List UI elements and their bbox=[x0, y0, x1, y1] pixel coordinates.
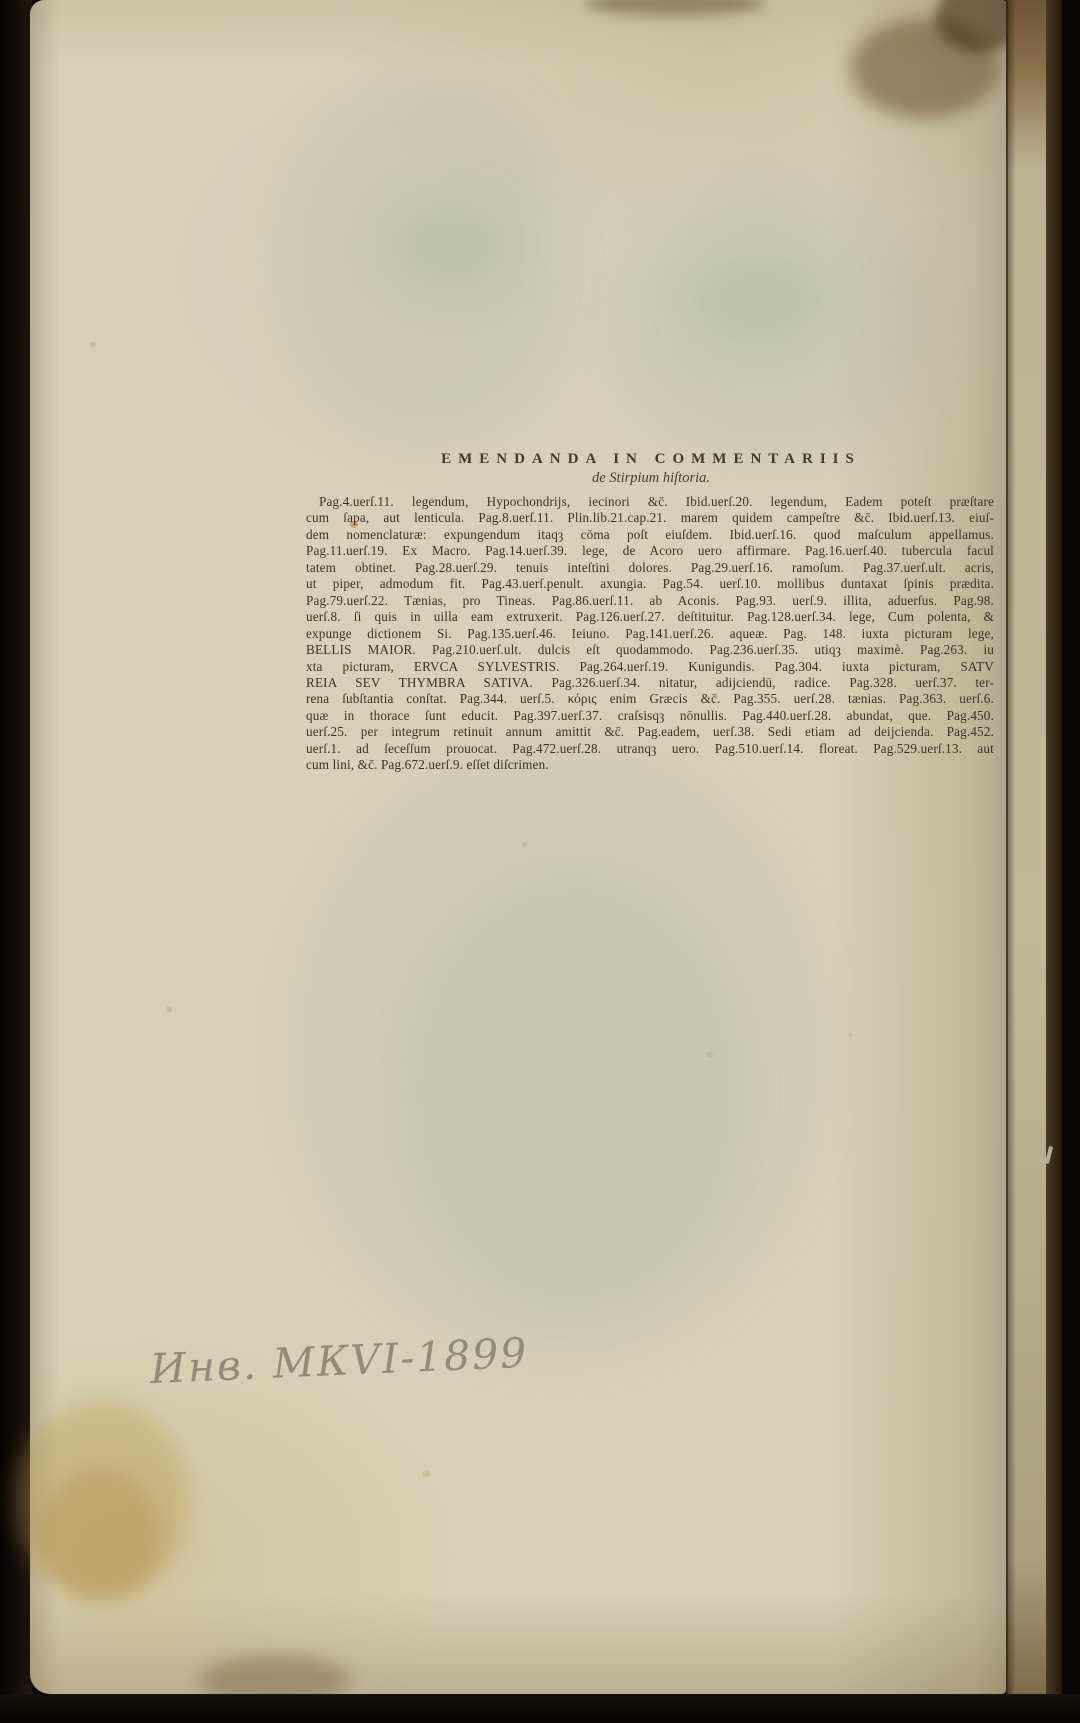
fore-edge-shadow bbox=[1046, 0, 1062, 1694]
errata-line: Pag.11.uerſ.19. Ex Macro. Pag.14.uerſ.39… bbox=[306, 543, 994, 559]
stain bbox=[706, 1052, 713, 1058]
inventory-mark: Инв. МКVI-1899 bbox=[149, 1327, 571, 1393]
stain bbox=[585, 0, 765, 16]
page: EMENDANDA IN COMMENTARIIS de Stirpium hi… bbox=[30, 0, 1006, 1694]
fore-edge-pages bbox=[1006, 0, 1046, 1694]
errata-line: tatem obtinet. Pag.28.uerſ.29. tenuis in… bbox=[306, 560, 994, 576]
errata-line: dem nomenclaturæ: expungendum itaqȝ cōma… bbox=[306, 527, 994, 543]
errata-line: xta picturam, ERVCA SYLVESTRIS. Pag.264.… bbox=[306, 659, 994, 675]
showthrough-ghost bbox=[410, 880, 740, 1310]
stain bbox=[522, 842, 527, 847]
stain bbox=[848, 1032, 853, 1037]
errata-line: expunge dictionem Si. Pag.135.uerſ.46. I… bbox=[306, 626, 994, 642]
errata-paragraph: Pag.4.uerſ.11. legendum, Hypochondrijs, … bbox=[306, 494, 994, 774]
showthrough-ghost bbox=[390, 200, 510, 290]
right-dark-edge bbox=[1062, 0, 1080, 1723]
errata-line: quæ in thorace ſunt educit. Pag.397.uerſ… bbox=[306, 708, 994, 724]
stain bbox=[90, 342, 96, 347]
page-title: EMENDANDA IN COMMENTARIIS bbox=[307, 451, 995, 468]
bottom-dark-edge bbox=[0, 1694, 1080, 1723]
errata-line: uerſ.25. per integrum retinuit annum ami… bbox=[306, 724, 994, 740]
errata-line: ut piper, admodum fit. Pag.43.uerſ.penul… bbox=[306, 576, 994, 592]
stain bbox=[166, 1006, 172, 1012]
errata-line: Pag.4.uerſ.11. legendum, Hypochondrijs, … bbox=[306, 494, 994, 510]
page-subtitle: de Stirpium hiſtoria. bbox=[307, 470, 995, 487]
errata-line: REIA SEV THYMBRA SATIVA. Pag.326.uerſ.34… bbox=[306, 675, 994, 691]
errata-line: BELLIS MAIOR. Pag.210.uerſ.ult. dulcis e… bbox=[306, 642, 994, 658]
showthrough-ghost bbox=[690, 250, 830, 350]
stain bbox=[422, 1470, 431, 1477]
errata-line: cum ſapa, aut lenticula. Pag.8.uerſ.11. … bbox=[306, 510, 994, 526]
book-scan: EMENDANDA IN COMMENTARIIS de Stirpium hi… bbox=[0, 0, 1080, 1723]
stain bbox=[40, 1470, 160, 1600]
errata-line: rena ſubſtantia conſtat. Pag.344. uerſ.5… bbox=[306, 691, 994, 707]
errata-line: Pag.79.uerſ.22. Tænias, pro Tineas. Pag.… bbox=[306, 593, 994, 609]
errata-line: uerſ.1. ad ſeceſſum prouocat. Pag.472.ue… bbox=[306, 741, 994, 757]
errata-line: cum lini, &c̄. Pag.672.uerſ.9. eſſet diſ… bbox=[306, 757, 994, 773]
errata-line: uerſ.8. ſi quis in uilla eam extruxerit.… bbox=[306, 609, 994, 625]
